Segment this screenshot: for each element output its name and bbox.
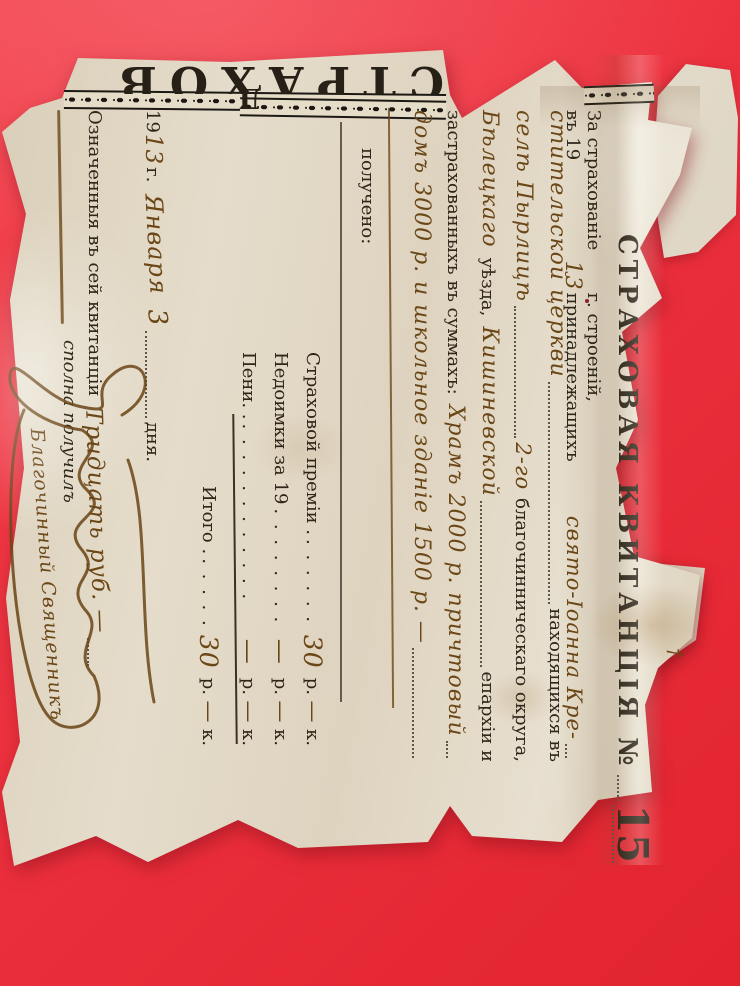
form-line-5: застрахованныхъ въ суммахъ: Храмъ 2000 р…: [443, 110, 468, 762]
fee-premium-kopeks-handwritten: —: [302, 695, 322, 729]
date-printed-g: г.: [142, 167, 163, 182]
form-line-2: стительской церкви находящихся въ: [545, 110, 570, 762]
line5-blank: [446, 741, 452, 758]
fee-penalty-label: Пени. .: [238, 352, 259, 420]
dot-leader: . . . . . . . . . .: [302, 535, 323, 626]
line3-blank: [514, 306, 520, 439]
line4-handwritten-a: Бѣлецкаго: [477, 110, 502, 248]
line3-handwritten-b: 2-го: [511, 442, 535, 490]
fee-row-premium: Страховой преміи . . . . . . . . . . . 3…: [302, 352, 334, 746]
form-line-6: домъ 3000 р. и школьное зданіе 1500 р. —: [409, 110, 434, 762]
line5-handwritten: Храмъ 2000 р. причтовый: [443, 405, 468, 737]
line6-handwritten: домъ 3000 р. и школьное зданіе 1500 р. —: [409, 110, 434, 644]
rubles-unit: р.: [198, 678, 219, 695]
line4-handwritten-b: Кишиневской: [477, 326, 502, 496]
section-rule: [340, 122, 342, 702]
fee-row-arrears: Недоимки за 19 . . . . . . . . . . — р. …: [270, 352, 302, 746]
rubles-unit: р.: [238, 678, 259, 695]
signature-flourish: [2, 320, 182, 750]
fee-penalty-rubles-handwritten: —: [238, 626, 258, 678]
photo-of-insurance-receipt: { "photo": { "background_color": "#ec2f3…: [0, 0, 740, 986]
rubles-unit: р.: [270, 678, 291, 695]
fee-row-penalty: Пени. . . . . . . . . . . . . . — р. — к…: [238, 352, 270, 746]
fee-arrears-kopeks-handwritten: —: [270, 695, 290, 729]
handwritten-rule: [388, 108, 394, 708]
form-title: СТРАХОВАЯ КВИТАНЦІЯ № 15: [612, 234, 650, 863]
line6-blank: [412, 648, 418, 758]
form-line-4: Бѣлецкаго уѣзда, Кишиневской епархіи и: [477, 110, 502, 762]
kopeks-unit: к.: [198, 729, 219, 746]
line2-handwritten: стительской церкви: [545, 110, 570, 378]
fee-penalty-kopeks-handwritten: —: [238, 695, 258, 729]
received-label-row: получено:: [357, 148, 378, 244]
fee-premium-label: Страховой преміи .: [302, 352, 323, 535]
kopeks-unit: к.: [302, 729, 323, 746]
line3-printed: благочинническаго округа,: [511, 498, 532, 762]
date-printed-19: 19: [142, 110, 163, 133]
dot-leader: . . . . . . . . . .: [270, 504, 291, 625]
total-kopeks-handwritten: —: [198, 695, 218, 729]
total-label: Итого .: [198, 486, 219, 554]
kopeks-unit: к.: [238, 729, 259, 746]
line4-printed-a: уѣзда,: [477, 258, 498, 317]
line5-printed: застрахованныхъ въ суммахъ:: [443, 110, 464, 395]
line2-blank: [548, 382, 554, 605]
title-number-blank: [617, 775, 623, 801]
document-content: СТРАХОВАЯ КВИТАНЦІЯ № 15 † За страховані…: [0, 52, 690, 930]
form-title-text: СТРАХОВАЯ КВИТАНЦІЯ №: [612, 234, 642, 771]
total-rubles-handwritten: 30: [198, 626, 218, 678]
dot-leader: . . . . . .: [198, 554, 219, 626]
date-month-handwritten: Января: [139, 194, 172, 296]
fee-premium-rubles-handwritten: 30: [302, 626, 322, 678]
line2-printed: находящихся въ: [545, 608, 566, 762]
document-rotated-area: СТРАХОВАЯ КВИТАНЦІЯ № 15 † За страховані…: [0, 52, 690, 930]
fee-arrears-rubles-handwritten: —: [270, 626, 290, 678]
dot-leader: . . . . . . . . . . . .: [238, 420, 259, 626]
line4-blank: [480, 501, 486, 668]
line3-handwritten-a: селѣ Пырлицѣ: [511, 110, 536, 302]
handwritten-dash: [57, 110, 64, 324]
fees-block: Страховой преміи . . . . . . . . . . . 3…: [198, 352, 334, 746]
form-title-number: 15: [612, 805, 650, 863]
rubles-unit: р.: [302, 678, 323, 695]
handwritten-cross-mark: †: [664, 648, 688, 659]
form-line-3: селѣ Пырлицѣ 2-го благочинническаго окру…: [511, 110, 536, 762]
fee-arrears-label: Недоимки за 19: [270, 352, 291, 504]
line4-printed-b: епархіи и: [477, 671, 498, 762]
kopeks-unit: к.: [270, 729, 291, 746]
fee-row-total: Итого . . . . . . . 30 р. — к.: [198, 486, 234, 746]
date-year-handwritten: 13: [140, 134, 166, 165]
received-label: получено:: [357, 148, 378, 244]
